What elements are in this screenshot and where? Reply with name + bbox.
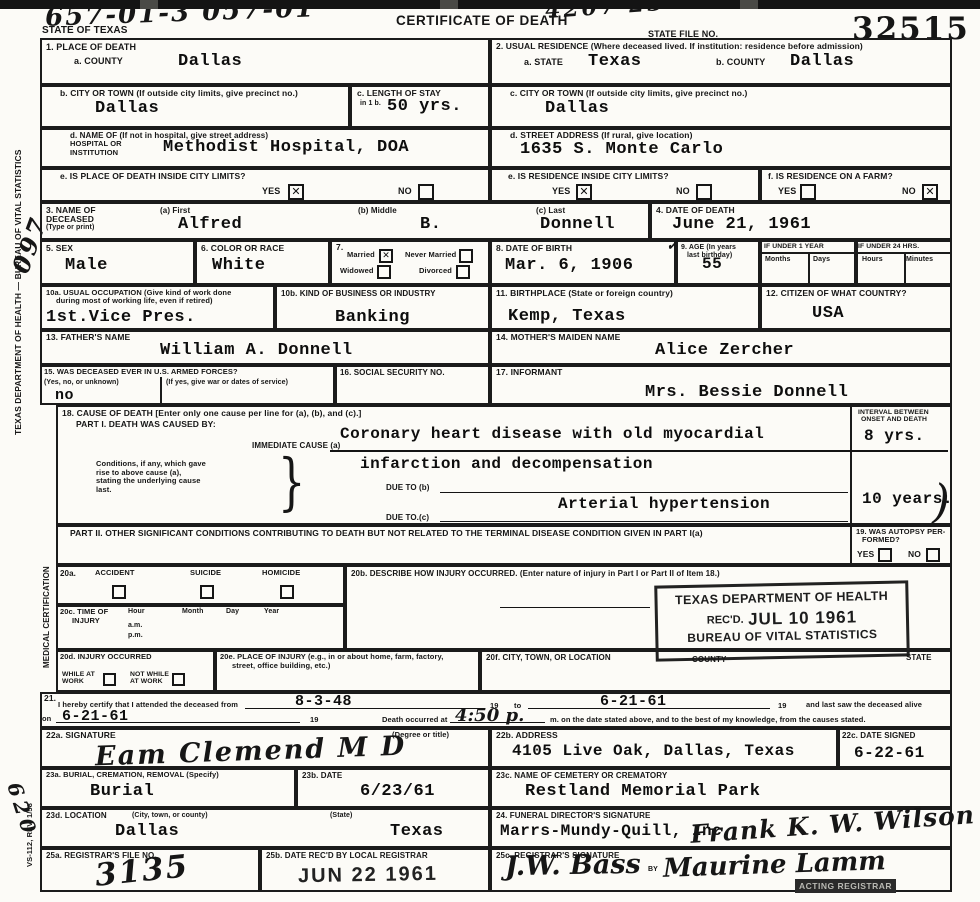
handwritten-paren-mark: ) [932,474,950,528]
field-21-text-4: m. on the date stated above, and to the … [550,716,866,725]
field-20a-homicide-checkbox [280,585,294,599]
field-2a-value: Texas [588,52,642,71]
field-21-time-line [450,722,545,723]
registrar-signature-by-label: BY [648,866,658,874]
field-9-months-label: Months [765,256,790,264]
field-1d-sublabel-2: INSTITUTION [70,149,118,158]
field-18-part1-label: PART I. DEATH WAS CAUSED BY: [76,420,216,430]
field-19-divider [850,525,852,565]
field-13-value: William A. Donnell [160,341,353,360]
field-15-sublabel-2: (If yes, give war or dates of service) [166,379,288,387]
field-4-value: June 21, 1961 [672,215,811,234]
field-11-label: 11. BIRTHPLACE (State or foreign country… [496,289,673,299]
field-20a-accident-label: ACCIDENT [95,569,135,578]
field-1e-no-checkbox [418,184,434,200]
field-23a-value: Burial [90,782,154,801]
field-13-label: 13. FATHER'S NAME [46,333,130,343]
field-22c-value: 6-22-61 [854,744,925,762]
field-20c-am-label: a.m. [128,622,142,630]
field-7-divorced-checkbox [456,265,470,279]
field-7-widowed-checkbox [377,265,391,279]
field-17-label: 17. INFORMANT [496,368,562,378]
cause-b-value: Arterial hypertension [558,495,770,513]
field-19-yes-label: YES [857,550,874,560]
field-23b-value: 6/23/61 [360,782,435,801]
field-1e-yes-checkbox: ✕ [288,184,304,200]
field-21-year-2: 19 [778,702,787,711]
field-20a-homicide-label: HOMICIDE [262,569,300,578]
field-21-on-label: on [42,715,51,724]
field-19-yes-checkbox [878,548,892,562]
age-subheader-line [760,252,952,254]
certificate-title: CERTIFICATE OF DEATH [396,13,568,29]
field-2b-value: Dallas [790,52,854,71]
field-10b-label: 10b. KIND OF BUSINESS OR INDUSTRY [281,289,436,298]
field-23d-label: 23d. LOCATION [46,811,107,820]
registrar-signature: J.W. Bass [505,849,641,882]
field-20f-state-label: STATE [906,653,932,662]
medical-certification-label: MEDICAL CERTIFICATION [42,498,51,668]
stamp-line-1: TEXAS DEPARTMENT OF HEALTH [657,588,905,608]
field-15-value: no [55,387,74,404]
field-3c-value: Donnell [540,215,615,234]
field-9-days-label: Days [813,256,830,264]
field-20f-label: 20f. CITY, TOWN, OR LOCATION [486,653,611,662]
field-21-label: 21. [44,694,56,704]
conditions-note: Conditions, if any, which gave rise to a… [96,460,206,495]
acting-registrar-stamp: ACTING REGISTRAR [795,879,896,893]
field-15-sublabel-1: (Yes, no, or unknown) [44,379,119,387]
field-17-value: Mrs. Bessie Donnell [645,383,848,402]
field-23d-city-value: Dallas [115,822,179,841]
cause-a-underline [330,450,948,452]
field-20c-year-label: Year [264,608,279,616]
field-2f-yes-checkbox [800,184,816,200]
field-18-due-to-c-label: DUE TO.(c) [386,513,429,522]
field-20c-label-line2: INJURY [72,617,100,626]
field-23a-label: 23a. BURIAL, CREMATION, REMOVAL (Specify… [46,771,219,780]
field-20c-day-label: Day [226,608,239,616]
field-2-label: 2. USUAL RESIDENCE (Where deceased lived… [496,42,863,52]
field-9-under24hr-label: IF UNDER 24 HRS. [858,243,919,251]
due-b-underline [440,492,848,493]
field-21-to-line [528,708,770,709]
field-3a-label: (a) First [160,206,190,215]
field-10a-value: 1st.Vice Pres. [46,308,196,327]
field-9-hours-label: Hours [862,256,883,264]
field-2c-label: c. CITY OR TOWN (If outside city limits,… [510,89,747,99]
handwritten-age-checkmark: ✓ [666,236,679,254]
field-2e-no-checkbox [696,184,712,200]
field-9-under1yr-label: IF UNDER 1 YEAR [764,243,824,251]
field-2a-label: a. STATE [524,57,563,67]
field-20d-label: 20d. INJURY OCCURRED [60,653,152,662]
field-7-never-married-checkbox [459,249,473,263]
field-9-value: 55 [702,255,722,273]
field-8-label: 8. DATE OF BIRTH [496,244,572,254]
field-7-married-checkbox: ✕ [379,249,393,263]
field-6-label: 6. COLOR OR RACE [201,244,284,254]
field-15-label: 15. WAS DECEASED EVER IN U.S. ARMED FORC… [44,368,238,377]
field-19-label-line2: FORMED? [862,536,900,545]
field-23c-label: 23c. NAME OF CEMETERY OR CREMATORY [496,771,667,780]
field-2c-value: Dallas [545,99,609,118]
field-8-value: Mar. 6, 1906 [505,256,633,275]
cause-a-value-line2: infarction and decompensation [360,455,653,473]
field-20c-pm-label: p.m. [128,632,143,640]
field-20b-label: 20b. DESCRIBE HOW INJURY OCCURRED. (Ente… [351,569,720,578]
field-20a-label: 20a. [60,569,76,578]
interval-a-value: 8 yrs. [864,427,925,445]
date-received-stamp: JUN 22 1961 [298,863,438,888]
field-20d-while-label-2: WORK [62,678,84,686]
stamp-recd-date: JUL 10 1961 [748,607,857,628]
field-3c-label: (c) Last [536,206,565,215]
field-18-due-to-b-label: DUE TO (b) [386,483,430,492]
field-21-text-2: and last saw the deceased alive [806,701,922,710]
field-12-label: 12. CITIZEN OF WHAT COUNTRY? [766,289,907,299]
scan-edge-strip [0,0,980,9]
field-10a-label2: during most of working life, even if ret… [56,297,213,306]
field-1-label: 1. PLACE OF DEATH [46,42,136,52]
field-3b-label: (b) Middle [358,206,397,215]
field-1b-value: Dallas [95,99,159,118]
field-6-value: White [212,256,266,275]
field-1b-label: b. CITY OR TOWN (If outside city limits,… [60,89,298,99]
field-1c-sublabel: in 1 b. [360,100,381,108]
field-23b-label: 23b. DATE [302,771,342,780]
field-20c-month-label: Month [182,608,204,616]
field-5-value: Male [65,256,108,275]
field-20d-while-checkbox [103,673,116,686]
field-7-never-married-label: Never Married [405,251,456,260]
field-2b-label: b. COUNTY [716,57,765,67]
field-9-label: 9. AGE (In years [681,244,736,252]
stamp-recd-label: REC'D. [707,614,744,627]
field-23d-sublabel-2: (State) [330,812,352,820]
field-16-label: 16. SOCIAL SECURITY NO. [340,368,445,377]
field-1e-label: e. IS PLACE OF DEATH INSIDE CITY LIMITS? [60,172,246,182]
field-3b-value: B. [420,215,441,234]
field-18-label: 18. CAUSE OF DEATH [Enter only one cause… [62,409,361,419]
interval-label-line2: ONSET AND DEATH [861,416,927,424]
state-of-texas-label: STATE OF TEXAS [42,25,127,37]
field-1d-value: Methodist Hospital, DOA [163,138,409,157]
field-22b-label: 22b. ADDRESS [496,731,558,741]
field-1e-yes-label: YES [262,186,280,196]
field-14-label: 14. MOTHER'S MAIDEN NAME [496,333,620,343]
field-23d-state-value: Texas [390,822,444,841]
death-certificate-document: 657-01-3 057-01 4207 23 STATE OF TEXAS C… [0,0,980,902]
field-2d-value: 1635 S. Monte Carlo [520,140,723,159]
field-5-label: 5. SEX [46,244,73,254]
field-2f-no-label: NO [902,186,916,196]
field-22b-value: 4105 Live Oak, Dallas, Texas [512,742,795,760]
field-20d-notwhile-checkbox [172,673,185,686]
field-20b-blank-line [500,607,650,608]
field-24-label: 24. FUNERAL DIRECTOR'S SIGNATURE [496,811,650,820]
field-20e-label2: street, office building, etc.) [232,662,330,671]
field-12-value: USA [812,304,844,323]
conditions-brace: } [278,445,306,518]
field-1c-value: 50 yrs. [387,97,462,116]
cause-a-value-line1: Coronary heart disease with old myocardi… [340,425,764,443]
field-2e-no-label: NO [676,186,690,196]
field-9-minutes-label: Minutes [906,256,933,264]
field-20d-notwhile-label-2: AT WORK [130,678,163,686]
field-21-year-3: 19 [310,716,319,725]
field-19-no-checkbox [926,548,940,562]
field-20f-county-label: COUNTY [692,655,726,664]
field-1a-value: Dallas [178,52,242,71]
age-col-divider-1 [808,253,810,283]
field-14-value: Alice Zercher [655,341,794,360]
field-23d-sublabel-1: (City, town, or county) [132,812,208,820]
field-3a-value: Alfred [178,215,242,234]
field-2f-yes-label: YES [778,186,796,196]
field-7-label: 7. [336,243,343,253]
field-19-no-label: NO [908,550,921,560]
field-20a-accident-checkbox [112,585,126,599]
field-18-part2-label: PART II. OTHER SIGNIFICANT CONDITIONS CO… [70,529,703,539]
interval-column-divider [850,405,852,525]
field-22c-label: 22c. DATE SIGNED [842,731,915,740]
field-20a-suicide-label: SUICIDE [190,569,221,578]
field-23c-value: Restland Memorial Park [525,782,760,801]
age-col-divider-2 [904,253,906,283]
field-15-divider [160,377,162,405]
field-7-married-label: Married [347,251,375,260]
field-2e-label: e. IS RESIDENCE INSIDE CITY LIMITS? [508,172,669,182]
field-2f-no-checkbox: ✕ [922,184,938,200]
field-1e-no-label: NO [398,186,412,196]
field-2e-yes-label: YES [552,186,570,196]
field-10b-value: Banking [335,308,410,327]
field-7-divorced-label: Divorced [419,267,452,276]
field-22a-label: 22a. SIGNATURE [46,731,116,741]
field-1a-label: a. COUNTY [74,56,123,66]
field-21-on-line [56,722,300,723]
field-20a-suicide-checkbox [200,585,214,599]
field-21-from-line [245,708,483,709]
field-2e-yes-checkbox: ✕ [576,184,592,200]
due-c-underline [440,521,848,522]
field-7-widowed-label: Widowed [340,267,374,276]
field-21-death-occurred-label: Death occurred at [382,716,447,725]
field-11-value: Kemp, Texas [508,307,626,326]
field-25b-label: 25b. DATE REC'D BY LOCAL REGISTRAR [266,851,428,860]
field-2f-label: f. IS RESIDENCE ON A FARM? [768,172,893,182]
field-20c-hour-label: Hour [128,608,145,616]
handwritten-bottom-left-number: 620 [2,779,42,840]
field-3-sublabel: (Type or print) [46,224,94,232]
